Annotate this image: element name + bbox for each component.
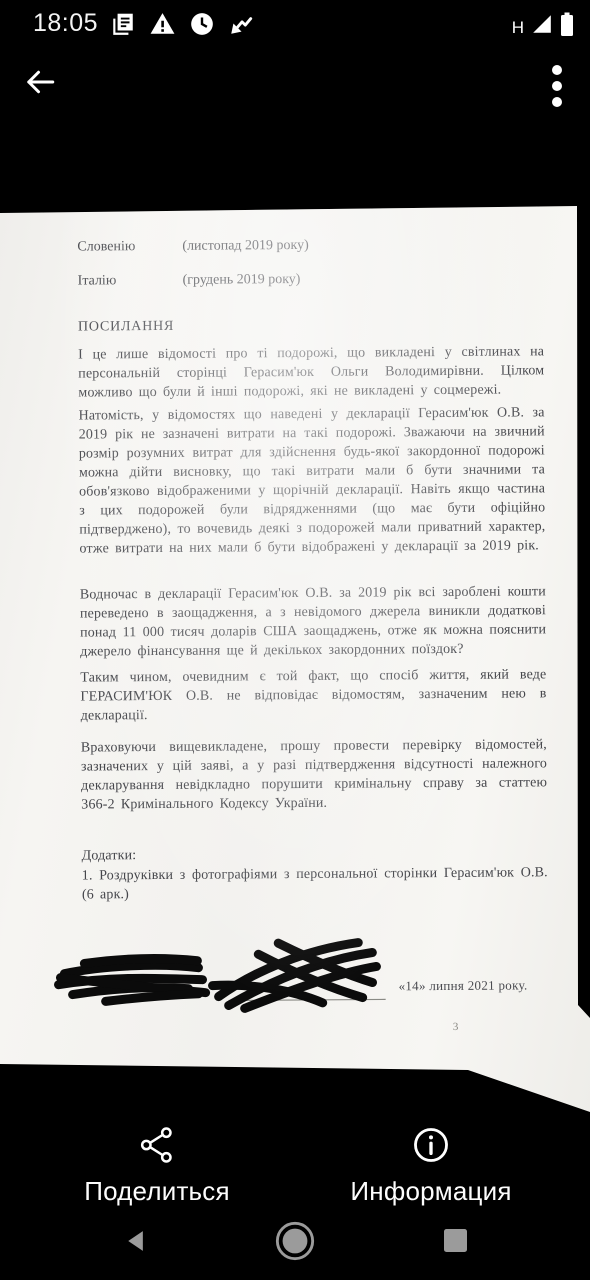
network-type: H (512, 18, 524, 38)
paragraph: І це лише відомості про ті подорожі, що … (78, 342, 544, 402)
nav-back-icon (123, 1227, 151, 1260)
destination-date: (листопад 2019 року) (182, 238, 308, 255)
redacted-signature (50, 935, 391, 1027)
section-heading: ПОСИЛАННЯ (78, 319, 174, 336)
info-label: Информация (350, 1176, 511, 1207)
status-right: H (512, 11, 574, 42)
paragraph: Таким чином, очевидним є той факт, що сп… (80, 665, 546, 725)
destination-rows: Словенію (листопад 2019 року) Італію (гр… (77, 238, 309, 308)
clock-icon (189, 11, 215, 42)
back-arrow-icon (22, 87, 58, 104)
share-label: Поделиться (84, 1176, 230, 1207)
nav-home-icon (274, 1220, 316, 1267)
destination-date: (грудень 2019 року) (183, 272, 301, 289)
warning-icon (149, 11, 176, 42)
notification-icons (110, 11, 254, 42)
share-icon (137, 1124, 177, 1171)
table-row: Словенію (листопад 2019 року) (77, 238, 309, 274)
paragraph: Враховуючи вищевикладене, прошу провести… (81, 735, 548, 814)
app-bar (0, 56, 590, 112)
info-icon (411, 1124, 451, 1171)
call-arrow-icon (228, 11, 254, 42)
share-button[interactable]: Поделиться (67, 1124, 247, 1207)
notes-icon (110, 11, 136, 42)
document-page-image[interactable]: Словенію (листопад 2019 року) Італію (гр… (0, 0, 590, 1120)
clock-time: 18:05 (33, 9, 98, 38)
nav-back-button[interactable] (112, 1218, 162, 1268)
document-date: «14» липня 2021 року. (399, 977, 528, 994)
paragraph: Натомість, у відомостях що наведені у де… (79, 403, 546, 558)
document-content: Словенію (листопад 2019 року) Італію (гр… (0, 0, 590, 1122)
overflow-menu-button[interactable] (546, 60, 568, 112)
destination-label: Італію (78, 273, 183, 290)
back-button[interactable] (22, 64, 62, 104)
signal-icon (531, 13, 553, 40)
nav-home-button[interactable] (270, 1218, 320, 1268)
overflow-menu-icon (552, 65, 562, 75)
phone-screen: 18:05 (0, 0, 590, 1280)
attachments-label: Додатки: (82, 843, 548, 865)
destination-label: Словенію (77, 239, 182, 256)
table-row: Італію (грудень 2019 року) (78, 272, 310, 308)
attachments-item: 1. Роздруківки з фотографіями з персонал… (82, 863, 548, 904)
navigation-bar (0, 1218, 590, 1268)
battery-icon (560, 11, 574, 42)
action-bar: Поделиться Информация (0, 1124, 590, 1204)
nav-recent-button[interactable] (430, 1218, 480, 1268)
status-bar: 18:05 (0, 0, 590, 48)
paragraph: Водночас в декларації Герасим'юк О.В. за… (80, 582, 547, 661)
info-button[interactable]: Информация (341, 1124, 521, 1207)
page-number: 3 (453, 1021, 459, 1033)
nav-recent-icon (443, 1228, 468, 1258)
